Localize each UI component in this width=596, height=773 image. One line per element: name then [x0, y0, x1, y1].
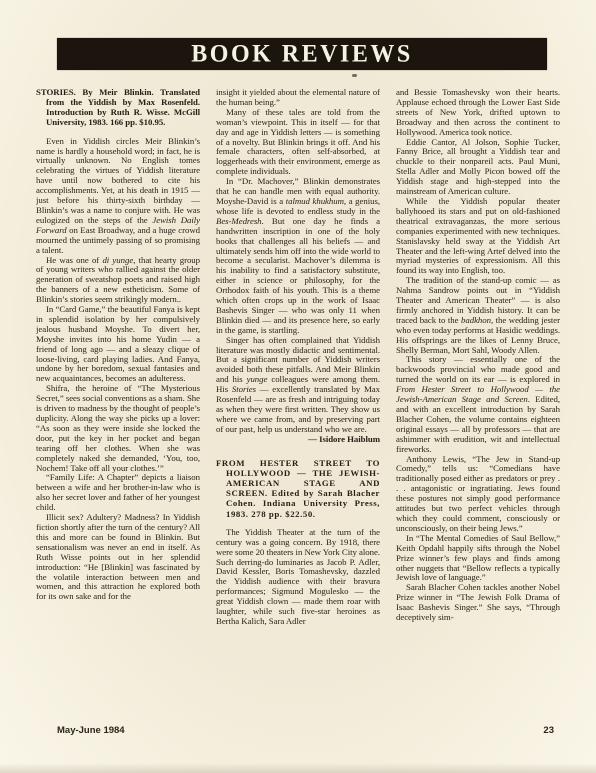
italic-text-segment: talmud khukhum	[286, 196, 344, 206]
italic-text-segment: Bes-Medresh	[216, 216, 262, 226]
text-segment: Sarah Blacher Cohen tackles another Nobe…	[396, 582, 560, 622]
text-column: and Bessie Tomashevsky won their hearts.…	[396, 88, 560, 724]
paragraph: “Family Life: A Chapter” depicts a liais…	[36, 473, 200, 513]
text-segment: This story — essentially one of the back…	[396, 354, 560, 384]
paragraph: The Yiddish Theater at the turn of the c…	[216, 528, 380, 627]
page-number: 23	[543, 725, 554, 736]
magazine-page: BOOK REVIEWS STORIES. By Meir Blinkin. T…	[0, 0, 596, 773]
text-segment: insight it yielded about the elemental n…	[216, 88, 380, 107]
italic-text-segment: yunge	[247, 374, 268, 384]
text-column: insight it yielded about the elemental n…	[216, 88, 380, 724]
text-segment: and Bessie Tomashevsky won their hearts.…	[396, 88, 560, 137]
reviewer-byline: — Isidore Haiblum	[216, 435, 380, 445]
paragraph: Sarah Blacher Cohen tackles another Nobe…	[396, 583, 560, 623]
paragraph: In “Dr. Machover,” Blinkin demonstrates …	[216, 177, 380, 336]
article-columns: STORIES. By Meir Blinkin. Translated fro…	[36, 88, 560, 724]
text-segment: Even in Yiddish circles Meir Blinkin’s n…	[36, 136, 200, 225]
text-segment: Anthony Lewis, “The Jew in Stand-up Come…	[396, 454, 560, 533]
paragraph: In “The Mental Comedies of Saul Bellow,”…	[396, 534, 560, 584]
book-reviews-banner: BOOK REVIEWS	[57, 38, 547, 70]
text-segment: Eddie Cantor, Al Jolson, Sophie Tucker, …	[396, 137, 560, 197]
page-footer: May-June 1984 23	[57, 725, 554, 736]
paragraph: and Bessie Tomashevsky won their hearts.…	[396, 88, 560, 138]
italic-text-segment: Stories	[232, 384, 256, 394]
text-segment: While the Yiddish popular theater ballyh…	[396, 196, 560, 275]
italic-text-segment: badkhon	[461, 315, 491, 325]
text-segment: “Family Life: A Chapter” depicts a liais…	[36, 472, 200, 512]
page-title: BOOK REVIEWS	[191, 40, 412, 68]
paragraph: While the Yiddish popular theater ballyh…	[396, 197, 560, 276]
scan-bottom-edge	[0, 763, 596, 773]
paragraph: Illicit sex? Adultery? Madness? In Yiddi…	[36, 513, 200, 602]
paragraph: The tradition of the stand-up comic — as…	[396, 276, 560, 355]
text-segment: . Edited, and with an excellent introduc…	[396, 394, 560, 454]
text-segment: STORIES. By Meir Blinkin. Translated fro…	[36, 88, 200, 127]
text-segment: Shifra, the heroine of “The Mysterious S…	[36, 383, 200, 472]
book-citation: FROM HESTER STREET TO HOLLYWOOD — THE JE…	[216, 458, 380, 519]
text-segment: In “Card Game,” the beautiful Fanya is k…	[36, 304, 200, 383]
paragraph: This story — essentially one of the back…	[396, 355, 560, 454]
text-segment: . But one day he finds a handwritten ins…	[216, 216, 380, 335]
paragraph: Even in Yiddish circles Meir Blinkin’s n…	[36, 137, 200, 256]
scan-speck	[352, 74, 357, 77]
paragraph: In “Card Game,” the beautiful Fanya is k…	[36, 305, 200, 384]
text-segment: Many of these tales are told from the wo…	[216, 107, 380, 176]
paragraph: Many of these tales are told from the wo…	[216, 108, 380, 177]
paragraph: Eddie Cantor, Al Jolson, Sophie Tucker, …	[396, 138, 560, 197]
book-citation: STORIES. By Meir Blinkin. Translated fro…	[36, 88, 200, 128]
paragraph: Shifra, the heroine of “The Mysterious S…	[36, 384, 200, 473]
paragraph: Singer has often complained that Yiddish…	[216, 336, 380, 435]
text-segment: He was one of	[46, 255, 102, 265]
text-segment: In “The Mental Comedies of Saul Bellow,”…	[396, 533, 560, 583]
paragraph: He was one of di yunge, that hearty grou…	[36, 256, 200, 306]
paragraph: insight it yielded about the elemental n…	[216, 88, 380, 108]
issue-date: May-June 1984	[57, 725, 125, 736]
paragraph: Anthony Lewis, “The Jew in Stand-up Come…	[396, 455, 560, 534]
text-segment: The Yiddish Theater at the turn of the c…	[216, 527, 380, 626]
italic-text-segment: di yunge	[102, 255, 133, 265]
text-segment: — Isidore Haiblum	[308, 434, 380, 444]
text-column: STORIES. By Meir Blinkin. Translated fro…	[36, 88, 200, 724]
text-segment: Illicit sex? Adultery? Madness? In Yiddi…	[36, 512, 200, 601]
text-segment: FROM HESTER STREET TO HOLLYWOOD — THE JE…	[216, 458, 380, 519]
